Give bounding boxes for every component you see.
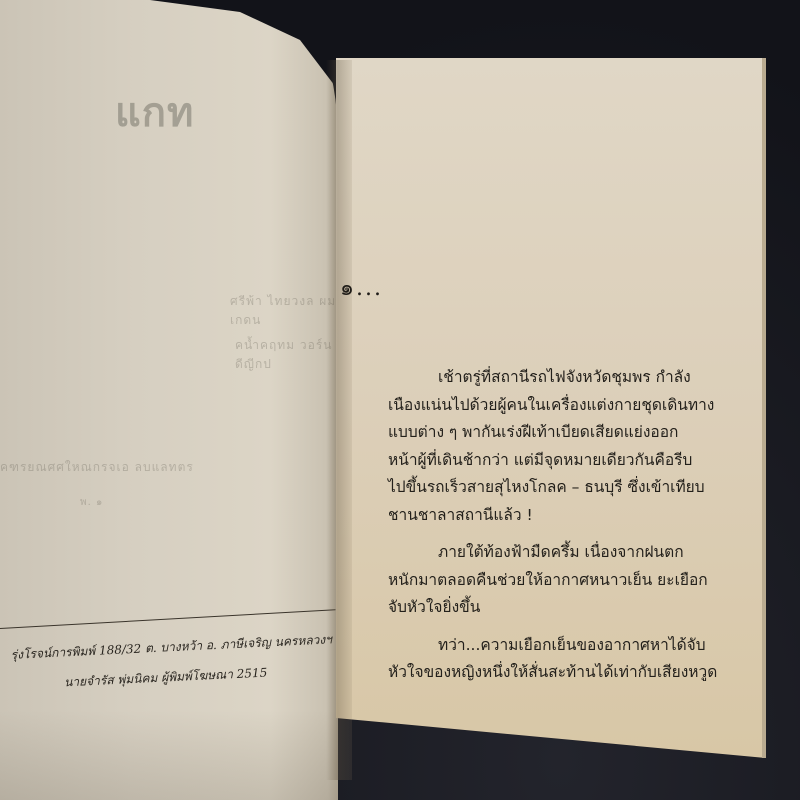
page-edge bbox=[762, 58, 766, 758]
show-through-title: แกท bbox=[115, 80, 194, 144]
show-through-line: คน้ำคฤทม วอร์นดีญีกป bbox=[235, 336, 338, 374]
paragraph-gap bbox=[388, 529, 758, 539]
text-line: ไปขึ้นรถเร็วสายสุไหงโกลค – ธนบุรี ซึ่งเข… bbox=[388, 474, 758, 502]
paragraph-gap bbox=[388, 622, 758, 632]
book-gutter bbox=[326, 60, 352, 780]
text-line: แบบต่าง ๆ พากันเร่งฝีเท้าเบียดเสียดแย่งอ… bbox=[388, 419, 758, 447]
page-shadow bbox=[0, 710, 338, 800]
text-line: ทว่า...ความเยือกเย็นของอากาศหาได้จับ bbox=[388, 632, 758, 660]
text-line: หัวใจของหญิงหนึ่งให้สั่นสะท้านได้เท่ากับ… bbox=[388, 659, 758, 687]
text-line: เช้าตรู่ที่สถานีรถไฟจังหวัดชุมพร กำลัง bbox=[388, 364, 758, 392]
text-line: เนืองแน่นไปด้วยผู้คนในเครื่องแต่งกายชุดเ… bbox=[388, 392, 758, 420]
show-through-line: คฑรยณศศใหณกรจเอ ลบแลทตร bbox=[0, 458, 194, 477]
chapter-body-text: เช้าตรู่ที่สถานีรถไฟจังหวัดชุมพร กำลัง เ… bbox=[388, 364, 758, 687]
text-line: หนักมาตลอดคืนช่วยให้อากาศหนาวเย็น ยะเยือ… bbox=[388, 567, 758, 595]
show-through-line: ศรีพ้า ไทยวงล ผมเกดน bbox=[230, 292, 338, 330]
text-line: ภายใต้ท้องฟ้ามืดครึ้ม เนื่องจากฝนตก bbox=[388, 539, 758, 567]
text-line: หน้าผู้ที่เดินช้ากว่า แต่มีจุดหมายเดียวก… bbox=[388, 447, 758, 475]
chapter-number: ๑... bbox=[340, 270, 383, 305]
text-line: ชานชาลาสถานีแล้ว ! bbox=[388, 502, 758, 530]
text-line: จับหัวใจยิ่งขึ้น bbox=[388, 594, 758, 622]
show-through-line: พ. ๑ bbox=[80, 495, 103, 510]
